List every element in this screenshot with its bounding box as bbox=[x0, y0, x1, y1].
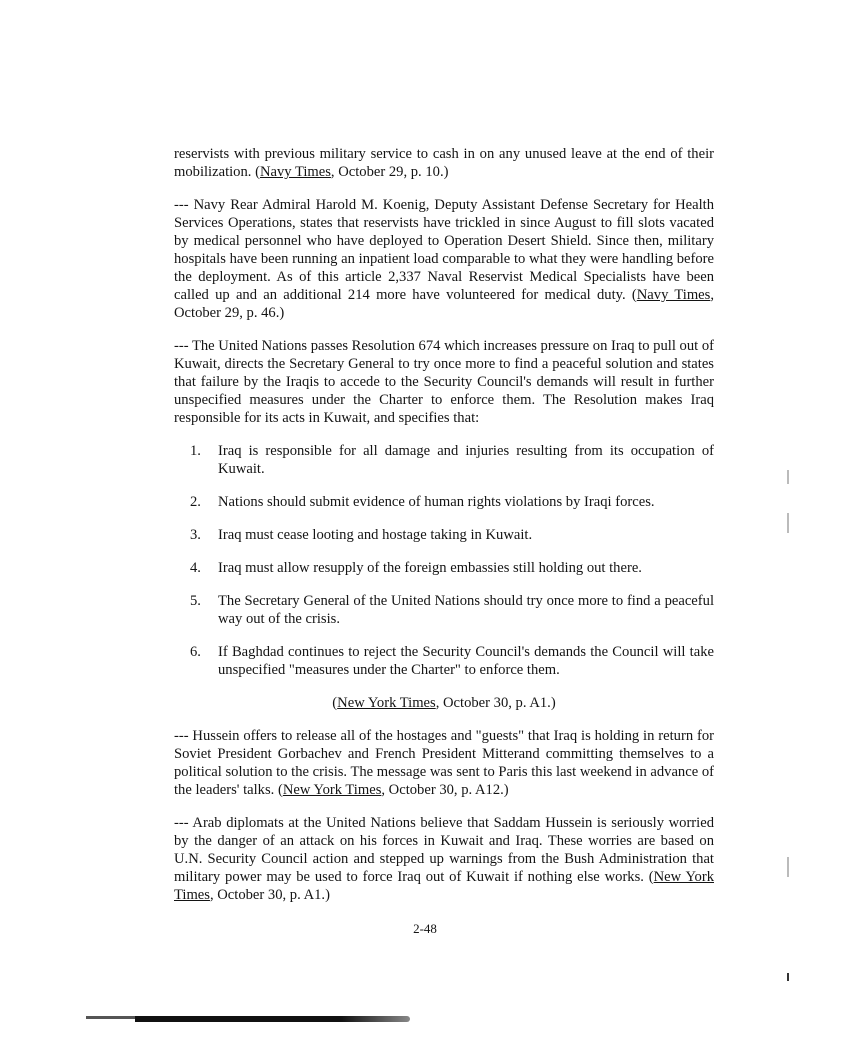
source-publication: New York Times bbox=[337, 695, 436, 711]
list-number: 4. bbox=[190, 559, 201, 577]
citation: (New York Times, October 30, p. A12.) bbox=[278, 782, 509, 798]
scan-artifact-bar bbox=[135, 1016, 410, 1022]
list-item: 1.Iraq is responsible for all damage and… bbox=[174, 442, 714, 478]
source-details: , October 29, p. 10.) bbox=[331, 164, 449, 180]
scan-margin-mark bbox=[787, 973, 789, 981]
list-text: The Secretary General of the United Nati… bbox=[218, 593, 714, 627]
resolution-citation: (New York Times, October 30, p. A1.) bbox=[174, 694, 714, 712]
source-details: , October 30, p. A1.) bbox=[436, 695, 556, 711]
list-text: Iraq must allow resupply of the foreign … bbox=[218, 560, 642, 576]
source-details: , October 30, p. A1.) bbox=[210, 887, 330, 903]
list-text: Iraq is responsible for all damage and i… bbox=[218, 443, 714, 477]
list-item: 5.The Secretary General of the United Na… bbox=[174, 592, 714, 628]
list-item: 4.Iraq must allow resupply of the foreig… bbox=[174, 559, 714, 577]
list-item: 3.Iraq must cease looting and hostage ta… bbox=[174, 526, 714, 544]
scan-margin-mark bbox=[787, 470, 789, 484]
list-number: 1. bbox=[190, 442, 201, 460]
list-text: Iraq must cease looting and hostage taki… bbox=[218, 527, 532, 543]
list-text: Nations should submit evidence of human … bbox=[218, 494, 655, 510]
list-number: 3. bbox=[190, 526, 201, 544]
paragraph-reservists-leave: reservists with previous military servic… bbox=[174, 145, 714, 181]
citation: (Navy Times, October 29, p. 10.) bbox=[255, 164, 448, 180]
list-item: 6.If Baghdad continues to reject the Sec… bbox=[174, 643, 714, 679]
list-text: If Baghdad continues to reject the Secur… bbox=[218, 644, 714, 678]
paragraph-koenig: --- Navy Rear Admiral Harold M. Koenig, … bbox=[174, 196, 714, 322]
source-publication: Navy Times bbox=[260, 164, 331, 180]
paragraph-hussein-offer: --- Hussein offers to release all of the… bbox=[174, 727, 714, 799]
paragraph-text: --- Arab diplomats at the United Nations… bbox=[174, 815, 714, 885]
document-page: reservists with previous military servic… bbox=[174, 145, 714, 919]
page-number: 2-48 bbox=[0, 921, 850, 937]
source-details: , October 30, p. A12.) bbox=[381, 782, 508, 798]
paragraph-text: --- The United Nations passes Resolution… bbox=[174, 338, 714, 426]
scan-artifact bbox=[86, 1016, 136, 1019]
list-number: 2. bbox=[190, 493, 201, 511]
scan-margin-mark bbox=[787, 513, 789, 533]
list-number: 5. bbox=[190, 592, 201, 610]
source-publication: Navy Times bbox=[637, 287, 711, 303]
resolution-list: 1.Iraq is responsible for all damage and… bbox=[174, 442, 714, 679]
paragraph-arab-diplomats: --- Arab diplomats at the United Nations… bbox=[174, 814, 714, 904]
scan-margin-mark bbox=[787, 857, 789, 877]
paragraph-resolution-674: --- The United Nations passes Resolution… bbox=[174, 337, 714, 427]
source-publication: New York Times bbox=[283, 782, 382, 798]
list-number: 6. bbox=[190, 643, 201, 661]
list-item: 2.Nations should submit evidence of huma… bbox=[174, 493, 714, 511]
